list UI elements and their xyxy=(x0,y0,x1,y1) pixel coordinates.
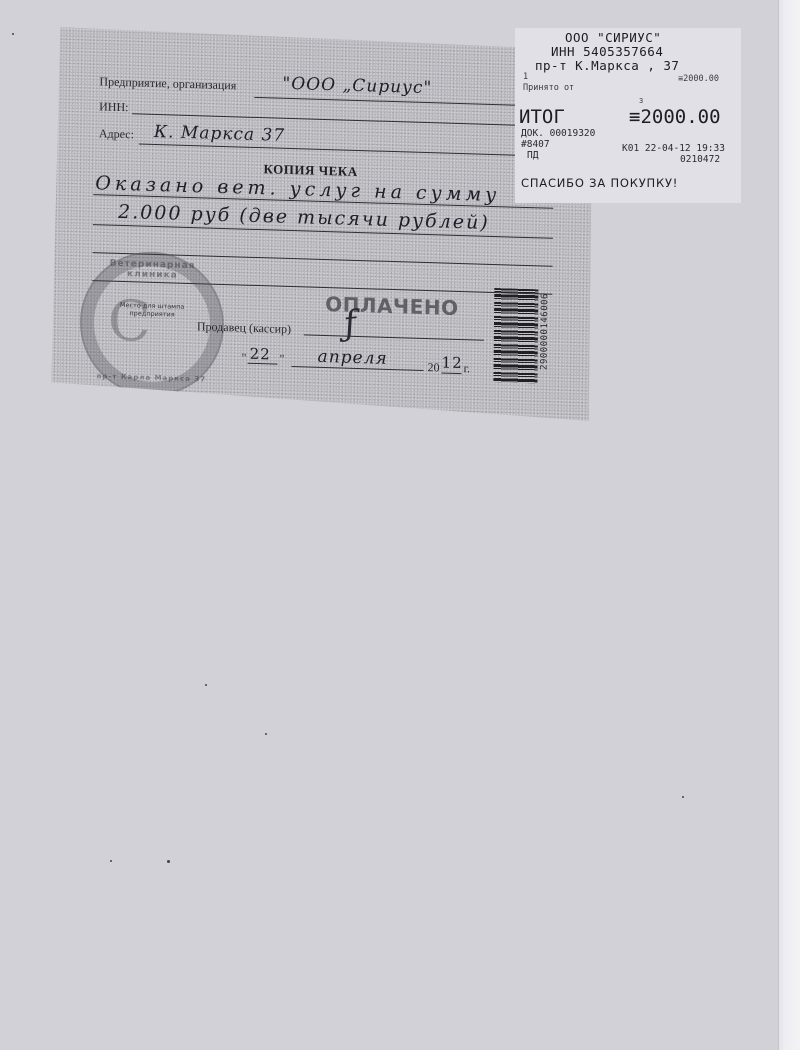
receipt-register-number: #8407 xyxy=(521,139,550,150)
inn-label: ИНН: xyxy=(99,99,128,115)
scan-speck xyxy=(205,684,207,686)
receipt-company: ООО "СИРИУС" xyxy=(565,30,661,45)
receipt-received-from: Принято от xyxy=(523,83,574,93)
date-day: 22 xyxy=(250,345,271,364)
date-suffix: г. xyxy=(463,361,470,376)
receipt-item-index: 1 xyxy=(523,72,528,82)
receipt-kkm-datetime: К01 22-04-12 19:33 xyxy=(622,143,725,154)
address-line xyxy=(139,143,549,156)
date-close-quote: " xyxy=(280,352,285,367)
receipt-pd-label: ПД xyxy=(527,150,538,161)
barcode xyxy=(493,288,538,383)
scan-speck xyxy=(265,733,267,735)
date-year-prefix: 20 xyxy=(427,360,439,375)
cash-register-receipt: ООО "СИРИУС" ИНН 5405357664 пр-т К.Маркс… xyxy=(515,28,741,203)
date-year-line xyxy=(441,372,461,374)
seller-label: Продавец (кассир) xyxy=(197,319,291,337)
stamp-ring-bottom-text: пр-т Карла Маркса 37 xyxy=(81,372,221,384)
scanner-page-edge xyxy=(778,0,800,1050)
receipt-section-mark: 3 xyxy=(639,97,643,105)
receipt-thanks: СПАСИБО ЗА ПОКУПКУ! xyxy=(521,176,678,190)
stamp-letter: С xyxy=(108,289,152,355)
receipt-item-amount: ≡2000.00 xyxy=(678,74,719,84)
receipt-address: пр-т К.Маркса , 37 xyxy=(535,58,679,73)
address-label: Адрес: xyxy=(99,126,134,142)
receipt-inn: ИНН 5405357664 xyxy=(551,44,663,59)
organization-value: "ООО „Сириус" xyxy=(282,74,432,98)
date-open-quote: " xyxy=(242,351,247,366)
cheque-copy-card: Предприятие, организация "ООО „Сириус" И… xyxy=(51,27,593,421)
date-month: апреля xyxy=(318,347,388,369)
description-line-2: 2.000 руб (две тысячи рублей) xyxy=(118,201,490,234)
date-year: 12 xyxy=(441,353,462,372)
scan-speck xyxy=(682,796,684,798)
receipt-serial: 0210472 xyxy=(680,154,720,165)
stamp-ring-top-text: Ветеринарная клиника xyxy=(82,258,222,282)
organization-label: Предприятие, организация xyxy=(99,74,236,93)
receipt-total-value: ≡2000.00 xyxy=(629,106,721,128)
receipt-doc-number: ДОК. 00019320 xyxy=(521,128,595,139)
organization-line xyxy=(254,97,544,107)
receipt-total-label: ИТОГ xyxy=(519,106,565,128)
seller-line xyxy=(304,334,484,340)
stamp-placeholder-text: Место для штампа предприятия xyxy=(112,301,192,319)
address-value: К. Маркса 37 xyxy=(154,122,285,146)
barcode-number: 2900000146006 xyxy=(539,276,550,386)
scan-speck xyxy=(167,860,170,863)
scan-speck xyxy=(12,33,14,35)
scan-speck xyxy=(110,860,112,862)
date-day-line xyxy=(248,363,278,365)
